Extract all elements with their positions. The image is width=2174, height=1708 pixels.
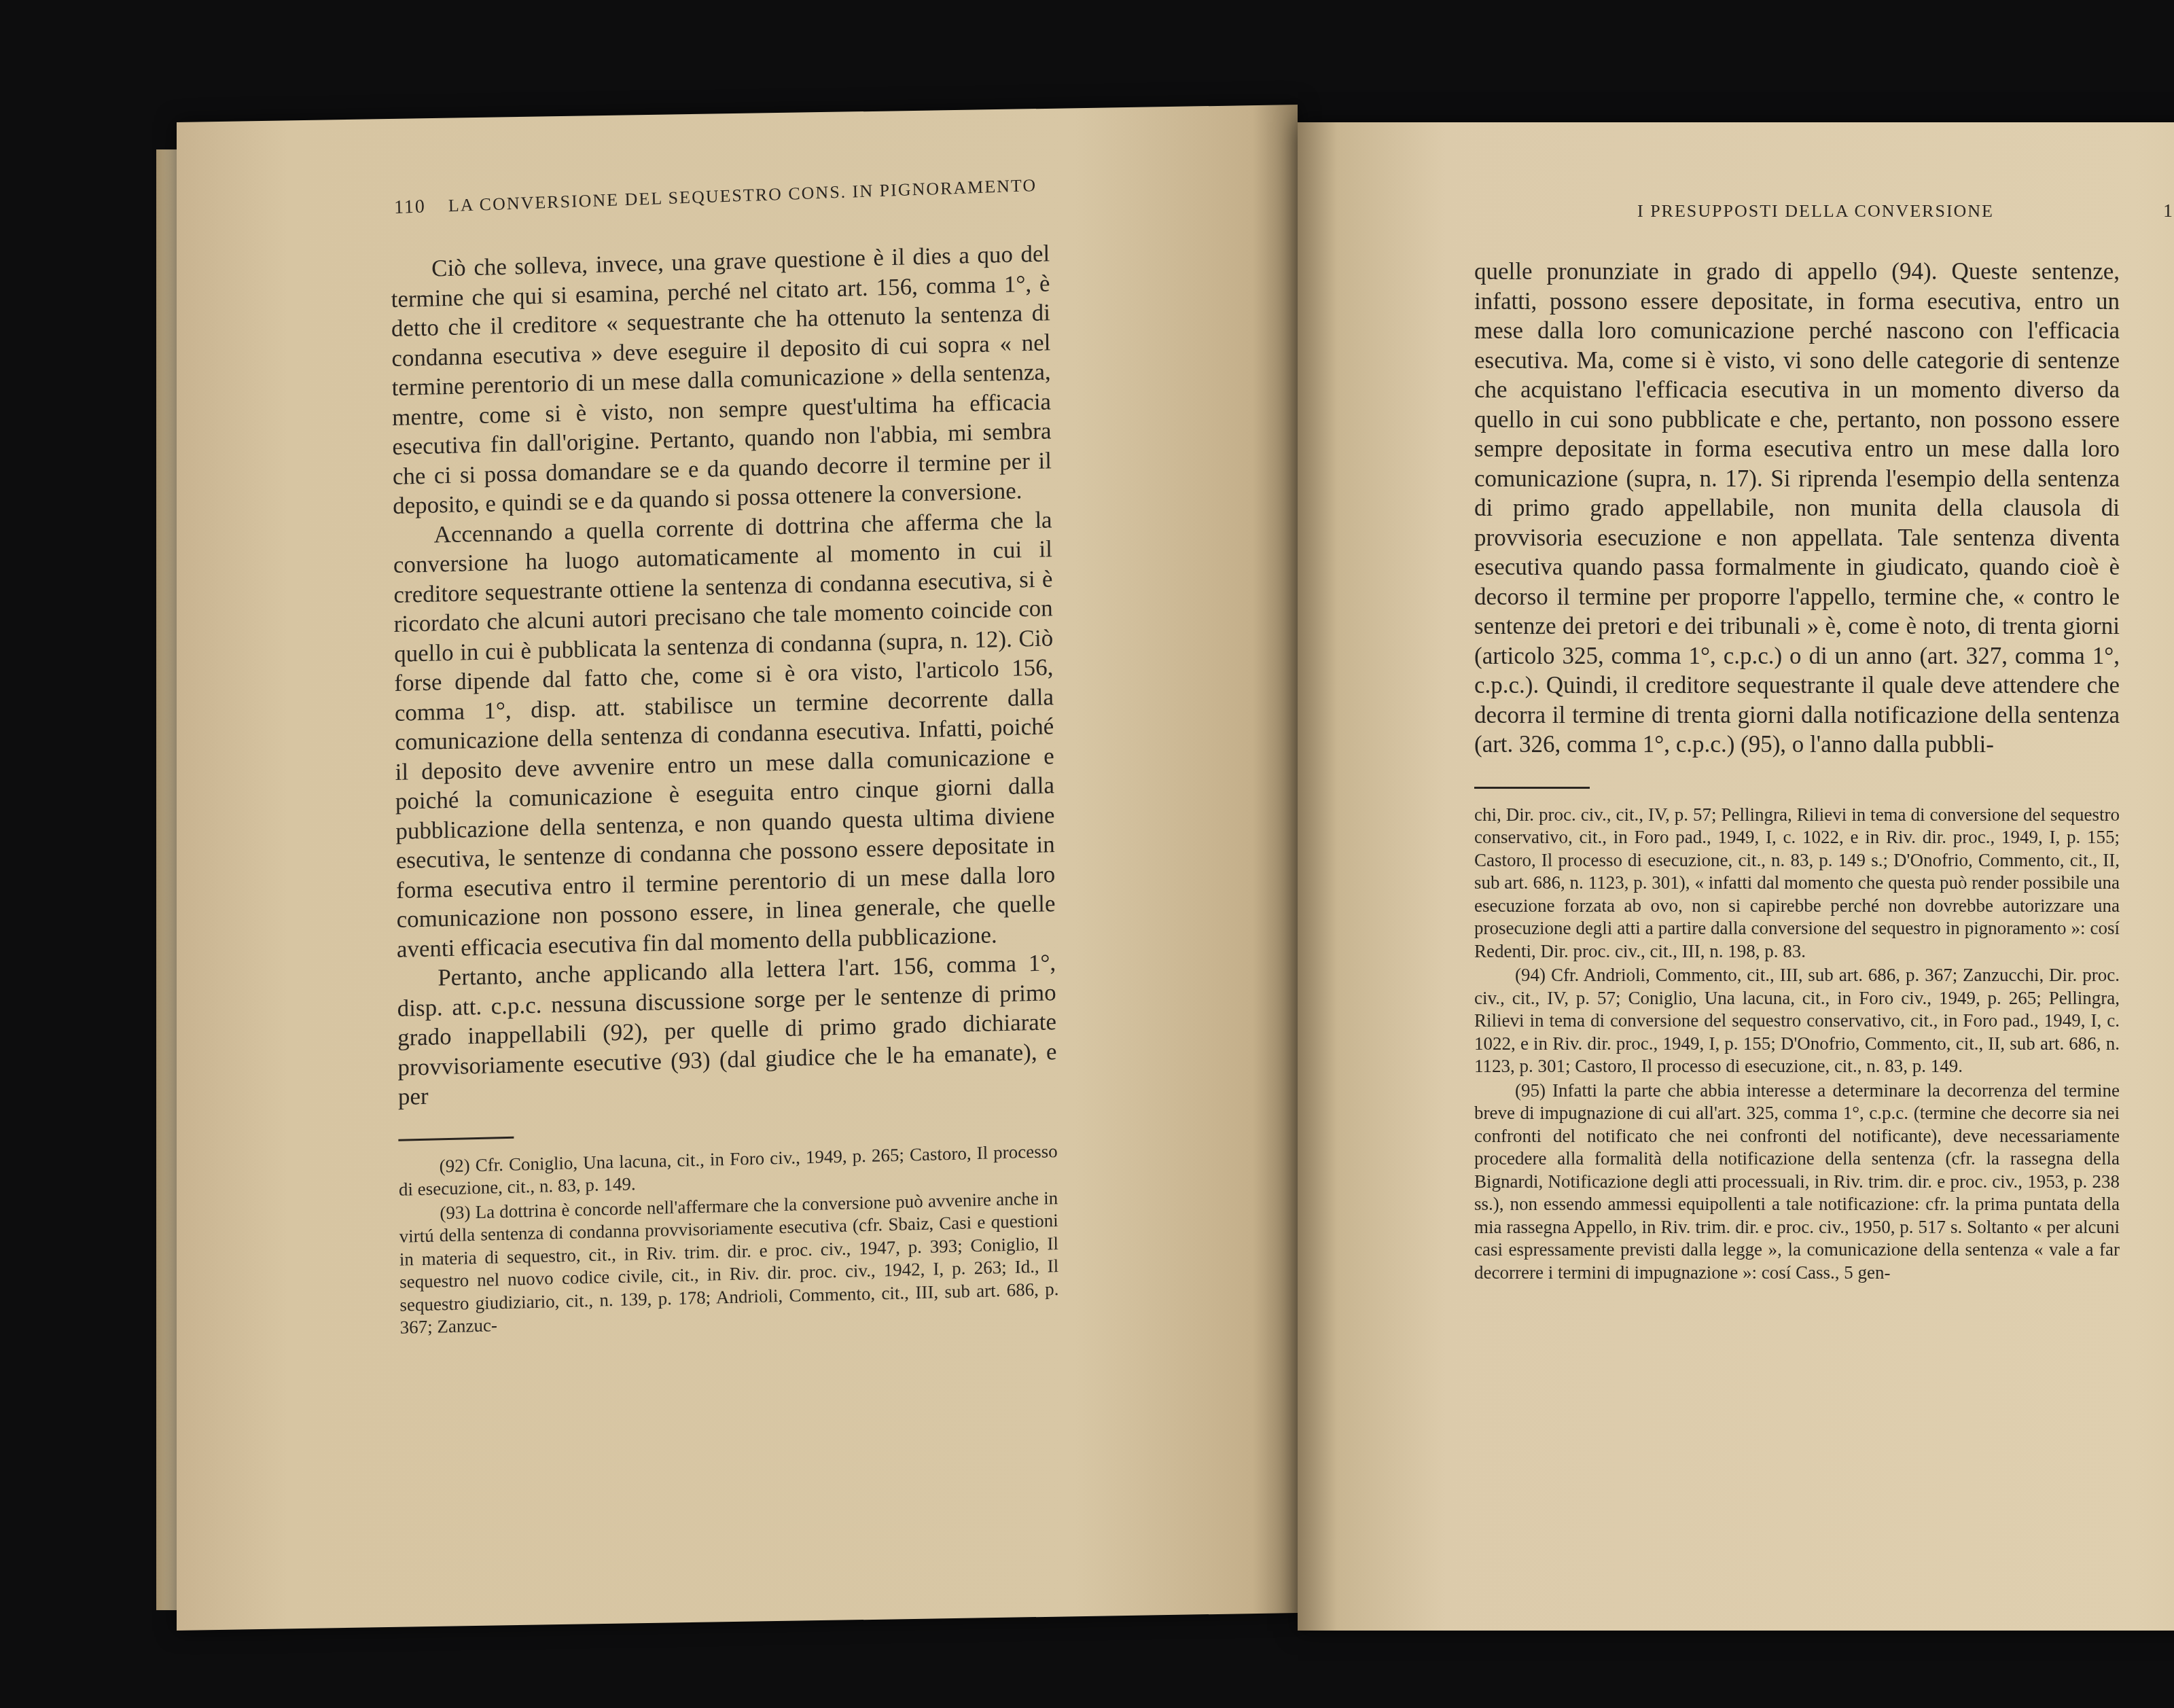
right-running-head: I presupposti della conversione 111 xyxy=(1474,200,2174,222)
footnote-separator xyxy=(1474,787,1590,789)
footnote-separator xyxy=(398,1136,514,1141)
right-paragraph-1: quelle pronunziate in grado di appello (… xyxy=(1474,257,2120,760)
footnote-95: (95) Infatti la parte che abbia interess… xyxy=(1474,1080,2120,1285)
footnote-93: (93) La dottrina è concorde nell'afferma… xyxy=(399,1187,1059,1340)
left-paragraph-2: Accennando a quella corrente di dottrina… xyxy=(393,505,1056,964)
left-paragraph-1: Ciò che solleva, invece, una grave quest… xyxy=(391,238,1052,520)
right-body: quelle pronunziate in grado di appello (… xyxy=(1474,257,2120,1285)
left-running-head: 110 La conversione del sequestro cons. i… xyxy=(394,175,1037,219)
right-footnotes: chi, Dir. proc. civ., cit., IV, p. 57; P… xyxy=(1474,804,2120,1285)
open-book: 110 La conversione del sequestro cons. i… xyxy=(149,122,2133,1631)
left-paragraph-3: Pertanto, anche applicando alla lettera … xyxy=(397,948,1057,1111)
left-running-title: La conversione del sequestro cons. in pi… xyxy=(448,175,1037,215)
left-footnotes: (92) Cfr. Coniglio, Una lacuna, cit., in… xyxy=(399,1140,1059,1340)
right-page-number: 111 xyxy=(2163,200,2174,222)
footnote-94: (94) Cfr. Andrioli, Commento, cit., III,… xyxy=(1474,964,2120,1078)
left-page-number: 110 xyxy=(394,196,427,218)
right-running-title: I presupposti della conversione xyxy=(1637,201,1994,221)
footnote-93-continued: chi, Dir. proc. civ., cit., IV, p. 57; P… xyxy=(1474,804,2120,963)
left-page: 110 La conversione del sequestro cons. i… xyxy=(177,105,1298,1631)
left-body: Ciò che solleva, invece, una grave quest… xyxy=(391,238,1059,1340)
right-page: I presupposti della conversione 111 quel… xyxy=(1298,122,2174,1631)
